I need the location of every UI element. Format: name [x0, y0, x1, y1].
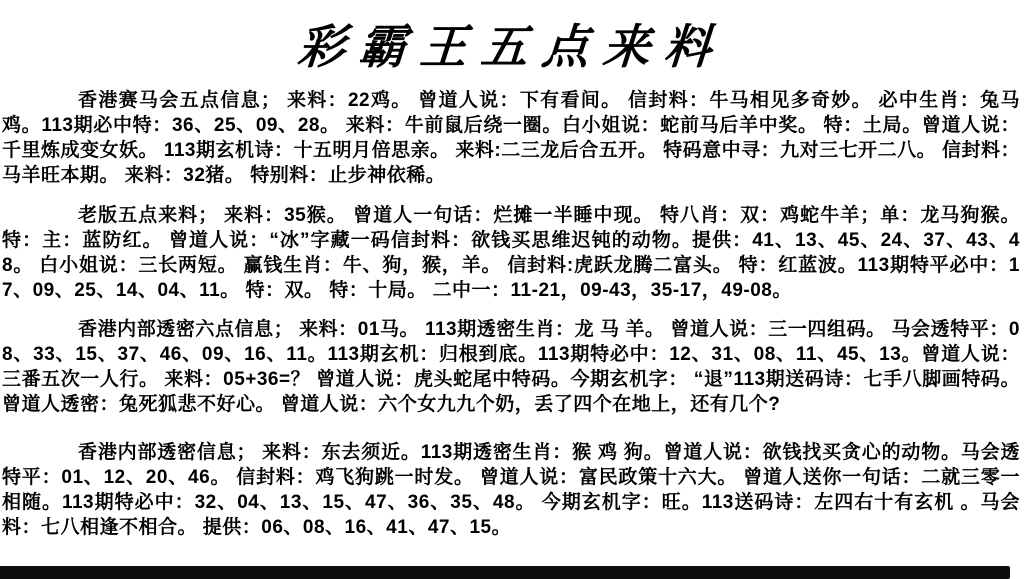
bottom-scan-bar: [0, 566, 1010, 579]
paragraph-horse-club-five-point-info: 香港赛马会五点信息； 来料：22鸡。 曾道人说：下有看间。 信封料：牛马相见多奇…: [2, 88, 1020, 188]
page-title: 彩霸王五点来料: [0, 0, 1024, 76]
tip-sheet-page: 彩霸王五点来料 香港赛马会五点信息； 来料：22鸡。 曾道人说：下有看间。 信封…: [0, 0, 1024, 579]
paragraph-old-version-five-point: 老版五点来料； 来料：35猴。 曾道人一句话：烂摊一半睡中现。 特八肖：双：鸡蛇…: [2, 203, 1020, 303]
tip-sheet-content: 香港赛马会五点信息； 来料：22鸡。 曾道人说：下有看间。 信封料：牛马相见多奇…: [0, 88, 1024, 540]
paragraph-internal-secret-six-point: 香港内部透密六点信息； 来料：01马。 113期透密生肖：龙 马 羊。 曾道人说…: [2, 317, 1020, 417]
paragraph-internal-secret-info: 香港内部透密信息； 来料：东去须近。113期透密生肖：猴 鸡 狗。曾道人说：欲钱…: [2, 440, 1020, 540]
